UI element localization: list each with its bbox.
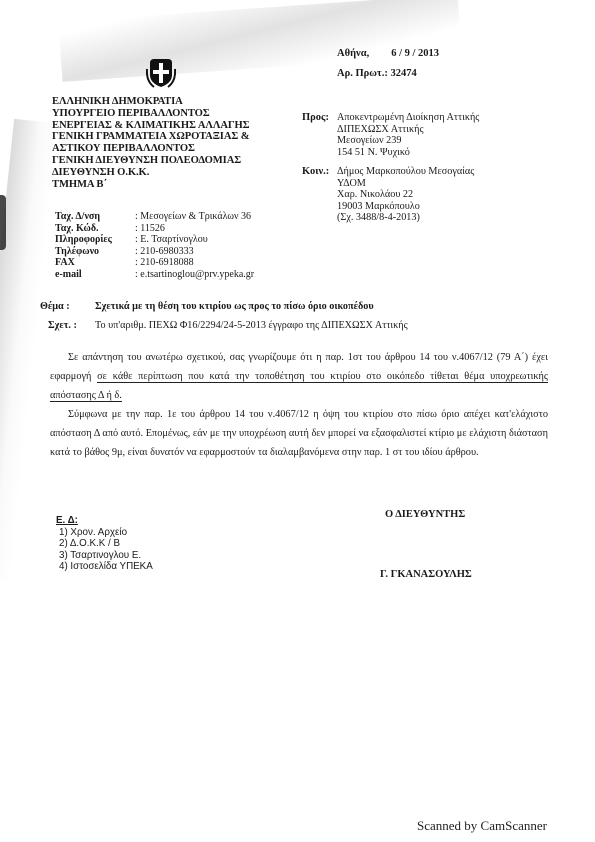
scanner-watermark: Scanned by CamScanner bbox=[417, 818, 547, 834]
recipient-line: 154 51 Ν. Ψυχικό bbox=[337, 147, 479, 159]
header-line: ΓΕΝΙΚΗ ΔΙΕΥΘΥΝΣΗ ΠΟΛΕΟΔΟΜΙΑΣ bbox=[52, 155, 250, 167]
dateline: Αθήνα, 6 / 9 / 2013 Αρ. Πρωτ.: 32474 bbox=[337, 48, 439, 82]
distribution-item: 3) Τσαρτινογλου Ε. bbox=[59, 550, 153, 562]
contact-email: : e.tsartinoglou@prv.ypeka.gr bbox=[135, 269, 254, 281]
recipient-line: Αποκεντρωμένη Διοίκηση Αττικής bbox=[337, 112, 479, 124]
greek-coat-of-arms-icon bbox=[146, 57, 176, 89]
copy-to-address: Δήμος Μαρκοπούλου Μεσογαίας ΥΔΟΜ Χαρ. Νι… bbox=[337, 166, 474, 224]
contact-value: : Ε. Τσαρτίνογλου bbox=[135, 234, 208, 246]
recipient-address: Αποκεντρωμένη Διοίκηση Αττικής ΔΙΠΕΧΩΣΧ … bbox=[337, 112, 479, 158]
recipient-line: Μεσογείων 239 bbox=[337, 135, 479, 147]
subject-label: Θέμα : bbox=[40, 301, 95, 312]
internal-distribution: Ε. Δ: 1) Χρον. Αρχείο 2) Δ.Ο.Κ.Κ / Β 3) … bbox=[56, 515, 153, 573]
copy-to-line: Χαρ. Νικολάου 22 bbox=[337, 189, 474, 201]
contact-label: Τηλέφωνο bbox=[55, 246, 135, 258]
recipient-line: ΔΙΠΕΧΩΣΧ Αττικής bbox=[337, 124, 479, 136]
header-line: ΔΙΕΥΘΥΝΣΗ Ο.Κ.Κ. bbox=[52, 167, 250, 179]
scan-edge-mark bbox=[0, 195, 6, 250]
contact-label: e-mail bbox=[55, 269, 135, 281]
contact-value: : 210-6980333 bbox=[135, 246, 194, 258]
copy-to-line: (Σχ. 3488/8-4-2013) bbox=[337, 212, 474, 224]
related-text: Το υπ'αριθμ. ΠΕΧΩ Φ16/2294/24-5-2013 έγγ… bbox=[95, 320, 408, 331]
signatory-name: Γ. ΓΚΑΝΑΣΟΥΛΗΣ bbox=[380, 569, 472, 580]
body-paragraph-2: Σύμφωνα με την παρ. 1ε του άρθρου 14 του… bbox=[50, 405, 548, 462]
contact-label: Ταχ. Δ/νση bbox=[55, 211, 135, 223]
contact-info: Ταχ. Δ/νση : Μεσογείων & Τρικάλων 36 Ταχ… bbox=[55, 211, 254, 281]
contact-row-info: Πληροφορίες : Ε. Τσαρτίνογλου bbox=[55, 234, 254, 246]
header-line: ΕΛΛΗΝΙΚΗ ΔΗΜΟΚΡΑΤΙΑ bbox=[52, 96, 250, 108]
contact-value: : 11526 bbox=[135, 223, 165, 235]
distribution-item: 1) Χρον. Αρχείο bbox=[59, 527, 153, 539]
subject-line: Θέμα : Σχετικά με τη θέση του κτιρίου ως… bbox=[40, 301, 374, 312]
contact-label: Πληροφορίες bbox=[55, 234, 135, 246]
contact-row-address: Ταχ. Δ/νση : Μεσογείων & Τρικάλων 36 bbox=[55, 211, 254, 223]
letter-body: Σε απάντηση του ανωτέρω σχετικού, σας γν… bbox=[50, 348, 548, 462]
header-line: ΑΣΤΙΚΟΥ ΠΕΡΙΒΑΛΛΟΝΤΟΣ bbox=[52, 143, 250, 155]
related-label: Σχετ. : bbox=[48, 320, 95, 331]
contact-label: FAX bbox=[55, 257, 135, 269]
distribution-item: 2) Δ.Ο.Κ.Κ / Β bbox=[59, 538, 153, 550]
header-line: ΤΜΗΜΑ Β΄ bbox=[52, 179, 250, 191]
copy-to-line: ΥΔΟΜ bbox=[337, 178, 474, 190]
recipient-label: Προς: bbox=[302, 112, 329, 123]
contact-value: : Μεσογείων & Τρικάλων 36 bbox=[135, 211, 251, 223]
contact-label: Ταχ. Κώδ. bbox=[55, 223, 135, 235]
document-date: 6 / 9 / 2013 bbox=[391, 48, 439, 68]
date-place: Αθήνα, bbox=[337, 48, 369, 68]
protocol-label: Αρ. Πρωτ.: bbox=[337, 68, 388, 79]
distribution-title: Ε. Δ: bbox=[56, 515, 153, 527]
distribution-item: 4) Ιστοσελίδα ΥΠΕΚΑ bbox=[59, 561, 153, 573]
header-line: ΕΝΕΡΓΕΙΑΣ & ΚΛΙΜΑΤΙΚΗΣ ΑΛΛΑΓΗΣ bbox=[52, 120, 250, 132]
contact-row-fax: FAX : 210-6918088 bbox=[55, 257, 254, 269]
copy-to-line: 19003 Μαρκόπουλο bbox=[337, 201, 474, 213]
body-paragraph-1: Σε απάντηση του ανωτέρω σχετικού, σας γν… bbox=[50, 348, 548, 405]
header-line: ΥΠΟΥΡΓΕΙΟ ΠΕΡΙΒΑΛΛΟΝΤΟΣ bbox=[52, 108, 250, 120]
ministry-header: ΕΛΛΗΝΙΚΗ ΔΗΜΟΚΡΑΤΙΑ ΥΠΟΥΡΓΕΙΟ ΠΕΡΙΒΑΛΛΟΝ… bbox=[52, 96, 250, 190]
contact-row-phone: Τηλέφωνο : 210-6980333 bbox=[55, 246, 254, 258]
contact-value: : 210-6918088 bbox=[135, 257, 194, 269]
copy-to-label: Κοιν.: bbox=[302, 166, 329, 177]
contact-row-postcode: Ταχ. Κώδ. : 11526 bbox=[55, 223, 254, 235]
protocol-number: 32474 bbox=[391, 68, 417, 79]
related-line: Σχετ. : Το υπ'αριθμ. ΠΕΧΩ Φ16/2294/24-5-… bbox=[48, 320, 408, 331]
subject-text: Σχετικά με τη θέση του κτιρίου ως προς τ… bbox=[95, 301, 374, 312]
signatory-title: Ο ΔΙΕΥΘΥΝΤΗΣ bbox=[385, 509, 465, 520]
underlined-text: σε κάθε περίπτωση που κατά την τοποθέτησ… bbox=[50, 371, 548, 402]
header-line: ΓΕΝΙΚΗ ΓΡΑΜΜΑΤΕΙΑ ΧΩΡΟΤΑΞΙΑΣ & bbox=[52, 131, 250, 143]
contact-row-email: e-mail : e.tsartinoglou@prv.ypeka.gr bbox=[55, 269, 254, 281]
copy-to-line: Δήμος Μαρκοπούλου Μεσογαίας bbox=[337, 166, 474, 178]
